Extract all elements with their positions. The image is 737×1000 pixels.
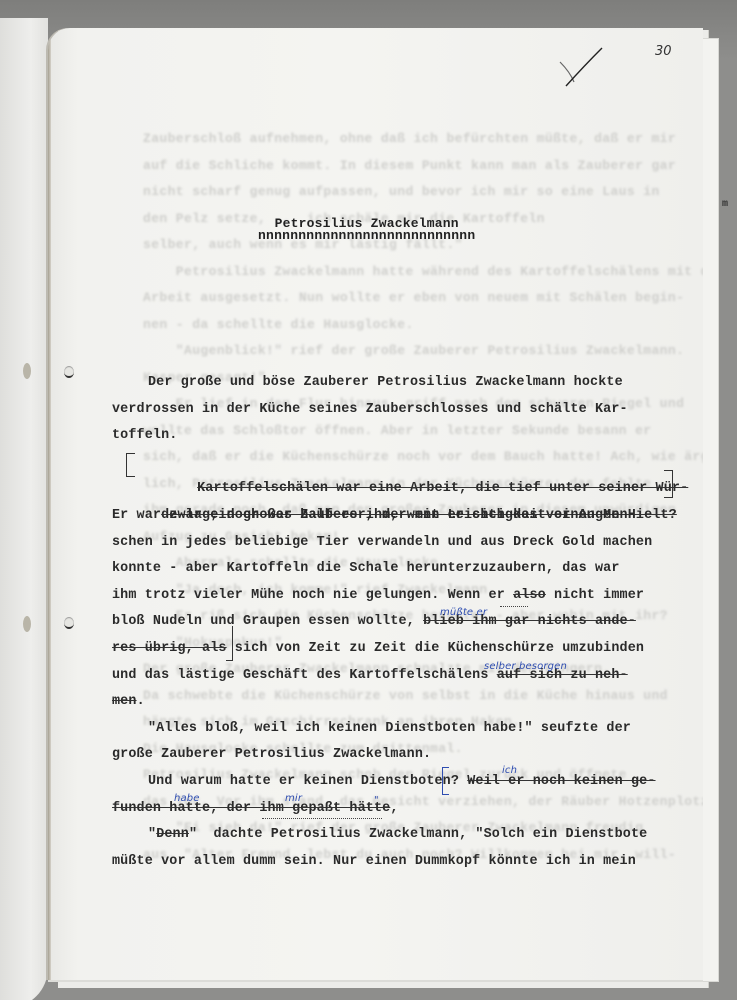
text-line: schen in jedes beliebige Tier verwandeln… [112, 530, 672, 557]
manuscript-body: Der große und böse Zauberer Petrosilius … [112, 370, 672, 875]
handwritten-insertion: müßte er [440, 600, 487, 627]
text-line: men. [112, 689, 672, 716]
text-line: res übrig, als sich von Zeit zu Zeit die… [112, 636, 672, 663]
text-segment: sich von Zeit zu Zeit die Küchenschürze … [227, 641, 644, 656]
punch-hole [23, 363, 31, 379]
punch-hole [64, 617, 74, 629]
edge-fragment: m [722, 199, 728, 210]
page-gutter [48, 28, 51, 980]
text-segment: bloß Nudeln und Graupen essen wollte, [112, 614, 423, 629]
edit-bracket [126, 453, 135, 477]
stet-dots [262, 818, 382, 819]
manuscript-page: Zauberschloß aufnehmen, ohne daß ich bef… [48, 28, 703, 980]
text-segment: " dachte Petrosilius Zwackelmann, "Solch… [189, 827, 647, 842]
stet-dots [500, 606, 528, 607]
text-segment: . [137, 694, 145, 709]
text-segment: nicht immer [546, 588, 644, 603]
edit-bracket [664, 470, 673, 498]
punch-hole [64, 366, 74, 378]
deleted-text: Denn [156, 827, 189, 842]
text-line: Der große und böse Zauberer Petrosilius … [112, 370, 672, 397]
deleted-line: de lag; doch was half es ihm, wenn er si… [112, 476, 672, 503]
chapter-heading: Petrosilius Zwackelmann nnnnnnnnnnnnnnnn… [258, 216, 475, 240]
handwritten-insertion: ich [502, 758, 517, 785]
deleted-line: Kartoffelschälen war eine Arbeit, die ti… [112, 450, 672, 477]
edit-bracket [226, 626, 233, 661]
deleted-text: funden hatte, der ihm gepaßt hätte [112, 801, 390, 816]
deleted-text: Weil er noch keinen ge- [467, 774, 655, 789]
text-line: müßte vor allem dumm sein. Nur einen Dum… [112, 849, 672, 876]
text-line: funden hatte, der ihm gepaßt hätte, habe… [112, 796, 672, 823]
text-segment: , [390, 801, 398, 816]
handwritten-insertion: " [374, 788, 379, 815]
deleted-text: men [112, 694, 137, 709]
text-line: "Denn" dachte Petrosilius Zwackelmann, "… [112, 822, 672, 849]
page-number: 30 [655, 44, 672, 59]
edit-bracket [442, 767, 449, 795]
punch-hole [23, 616, 31, 632]
text-line: und das lästige Geschäft des Kartoffelsc… [112, 663, 672, 690]
deleted-text: also [513, 588, 546, 603]
text-line: große Zauberer Petrosilius Zwackelmann. [112, 742, 672, 769]
text-line: verdrossen in der Küche seines Zaubersch… [112, 397, 672, 424]
text-segment: " [148, 827, 156, 842]
handwritten-insertion: selber besorgen [484, 654, 567, 681]
text-line: toffeln. [112, 423, 672, 450]
text-line: konnte - aber Kartoffeln die Schale heru… [112, 556, 672, 583]
handwritten-insertion: mir [285, 786, 302, 813]
text-line: bloß Nudeln und Graupen essen wollte, bl… [112, 609, 672, 636]
handwritten-insertion: habe [174, 786, 200, 813]
title-underline: nnnnnnnnnnnnnnnnnnnnnnnnnnn [258, 231, 475, 240]
text-line: "Alles bloß, weil ich keinen Dienstboten… [112, 716, 672, 743]
text-line: ihm trotz vieler Mühe noch nie gelungen.… [112, 583, 672, 610]
deleted-text: res übrig, als [112, 641, 227, 656]
text-segment: und das lästige Geschäft des Kartoffelsc… [112, 668, 497, 683]
previous-page [0, 18, 48, 1000]
check-mark-icon [556, 42, 608, 90]
text-line: Er war zwar ein großer Zauberer, der mit… [112, 503, 672, 530]
